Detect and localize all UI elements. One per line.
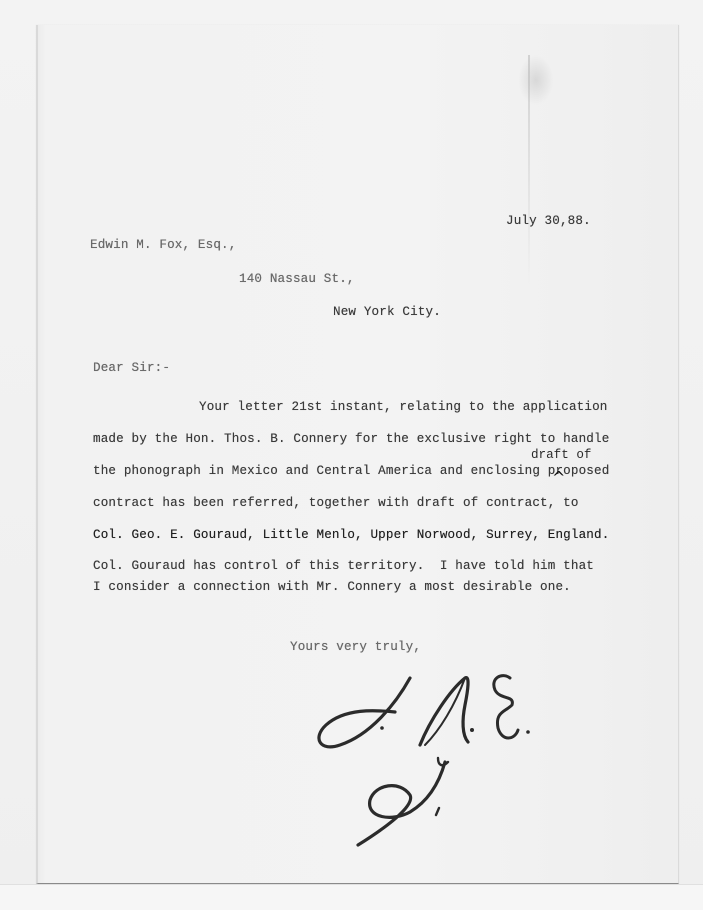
body-line-5: Col. Geo. E. Gouraud, Little Menlo, Uppe… [93,528,609,542]
signature-initials [300,650,560,870]
body-line-7: I consider a connection with Mr. Connery… [93,580,571,594]
scan-bottom-edge [0,884,703,910]
body-line-2: made by the Hon. Thos. B. Connery for th… [93,432,609,446]
recipient-name: Edwin M. Fox, Esq., [90,238,236,252]
insertion-caret: ^ [552,470,565,486]
body-line-3: the phonograph in Mexico and Central Ame… [93,464,609,478]
insertion-text: draft of [531,448,591,462]
body-line-6: Col. Gouraud has control of this territo… [93,559,594,573]
body-line-1: Your letter 21st instant, relating to th… [199,400,608,414]
body-line-4: contract has been referred, together wit… [93,496,579,510]
letter-date: July 30,88. [506,214,591,228]
recipient-street: 140 Nassau St., [239,272,355,286]
recipient-city: New York City. [333,305,441,319]
smudge [518,55,554,105]
salutation: Dear Sir:- [93,361,170,375]
